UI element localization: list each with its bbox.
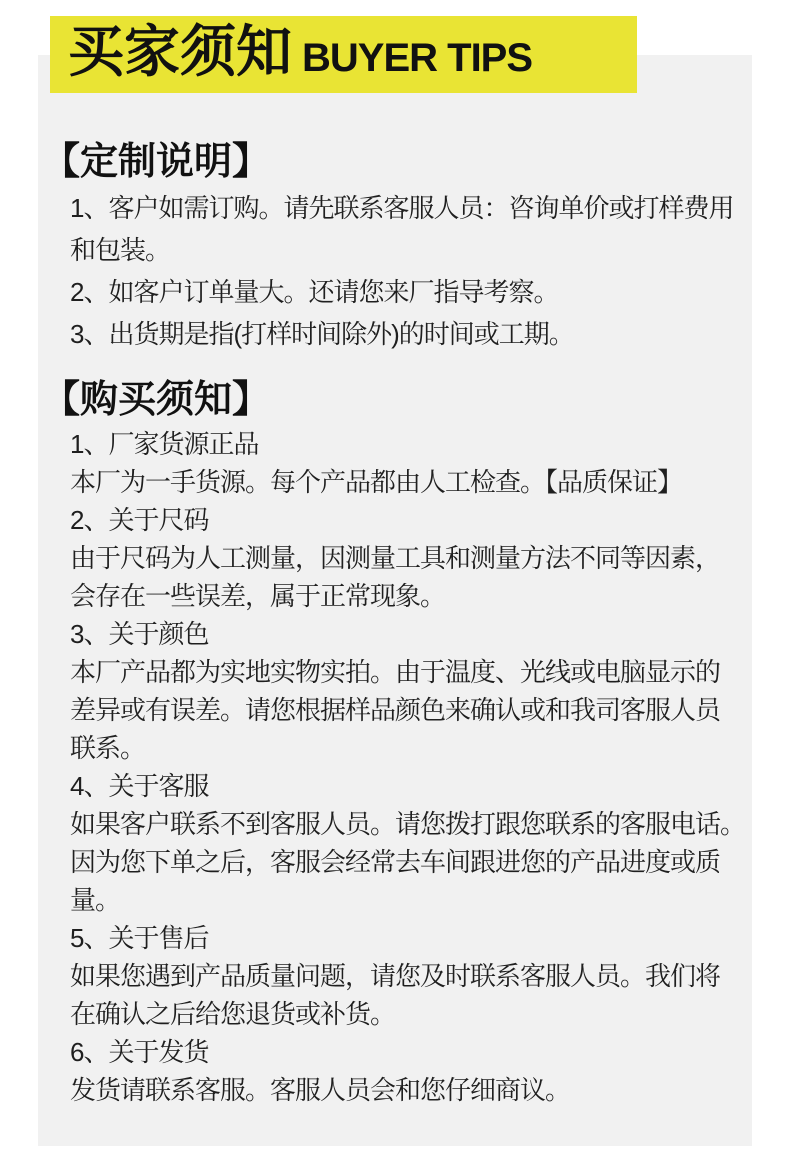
notice-line: 由于尺码为人工测量，因测量工具和测量方法不同等因素， [70,539,752,577]
section-heading-customization: 【定制说明】 [42,140,752,184]
notice-line: 如果您遇到产品质量问题，请您及时联系客服人员。我们将 [70,957,752,995]
banner-title-english: BUYER TIPS [302,36,532,81]
notice-line: 3、出货期是指(打样时间除外)的时间或工期。 [70,313,752,355]
banner-title-chinese: 买家须知 [68,16,292,88]
notice-line: 如果客户联系不到客服人员。请您拨打跟您联系的客服电话。 [70,805,752,843]
notice-line: 和包装。 [70,229,752,271]
notice-line: 会存在一些误差，属于正常现象。 [70,577,752,615]
notice-line: 在确认之后给您退货或补货。 [70,995,752,1033]
notice-line: 联系。 [70,729,752,767]
section-heading-purchase-notice: 【购买须知】 [42,378,752,422]
notice-line: 本厂为一手货源。每个产品都由人工检查。【品质保证】 [70,463,752,501]
customization-section: 1、客户如需订购。请先联系客服人员：咨询单价或打样费用 和包装。 2、如客户订单… [38,187,752,355]
content-panel: 【定制说明】 1、客户如需订购。请先联系客服人员：咨询单价或打样费用 和包装。 … [38,55,752,1146]
notice-line: 2、关于尺码 [70,501,752,539]
notice-line: 差异或有误差。请您根据样品颜色来确认或和我司客服人员 [70,691,752,729]
page: { "page": { "background_color": "#ffffff… [0,0,790,1160]
notice-line: 3、关于颜色 [70,615,752,653]
notice-line: 1、客户如需订购。请先联系客服人员：咨询单价或打样费用 [70,187,752,229]
notice-line: 因为您下单之后，客服会经常去车间跟进您的产品进度或质 [70,843,752,881]
buyer-tips-banner: 买家须知 BUYER TIPS [50,16,637,93]
notice-line: 5、关于售后 [70,919,752,957]
notice-line: 6、关于发货 [70,1033,752,1071]
notice-line: 量。 [70,881,752,919]
notice-line: 1、厂家货源正品 [70,425,752,463]
notice-line: 本厂产品都为实地实物实拍。由于温度、光线或电脑显示的 [70,653,752,691]
purchase-notice-section: 1、厂家货源正品 本厂为一手货源。每个产品都由人工检查。【品质保证】 2、关于尺… [38,425,752,1109]
notice-line: 4、关于客服 [70,767,752,805]
notice-line: 发货请联系客服。客服人员会和您仔细商议。 [70,1071,752,1109]
notice-line: 2、如客户订单量大。还请您来厂指导考察。 [70,271,752,313]
